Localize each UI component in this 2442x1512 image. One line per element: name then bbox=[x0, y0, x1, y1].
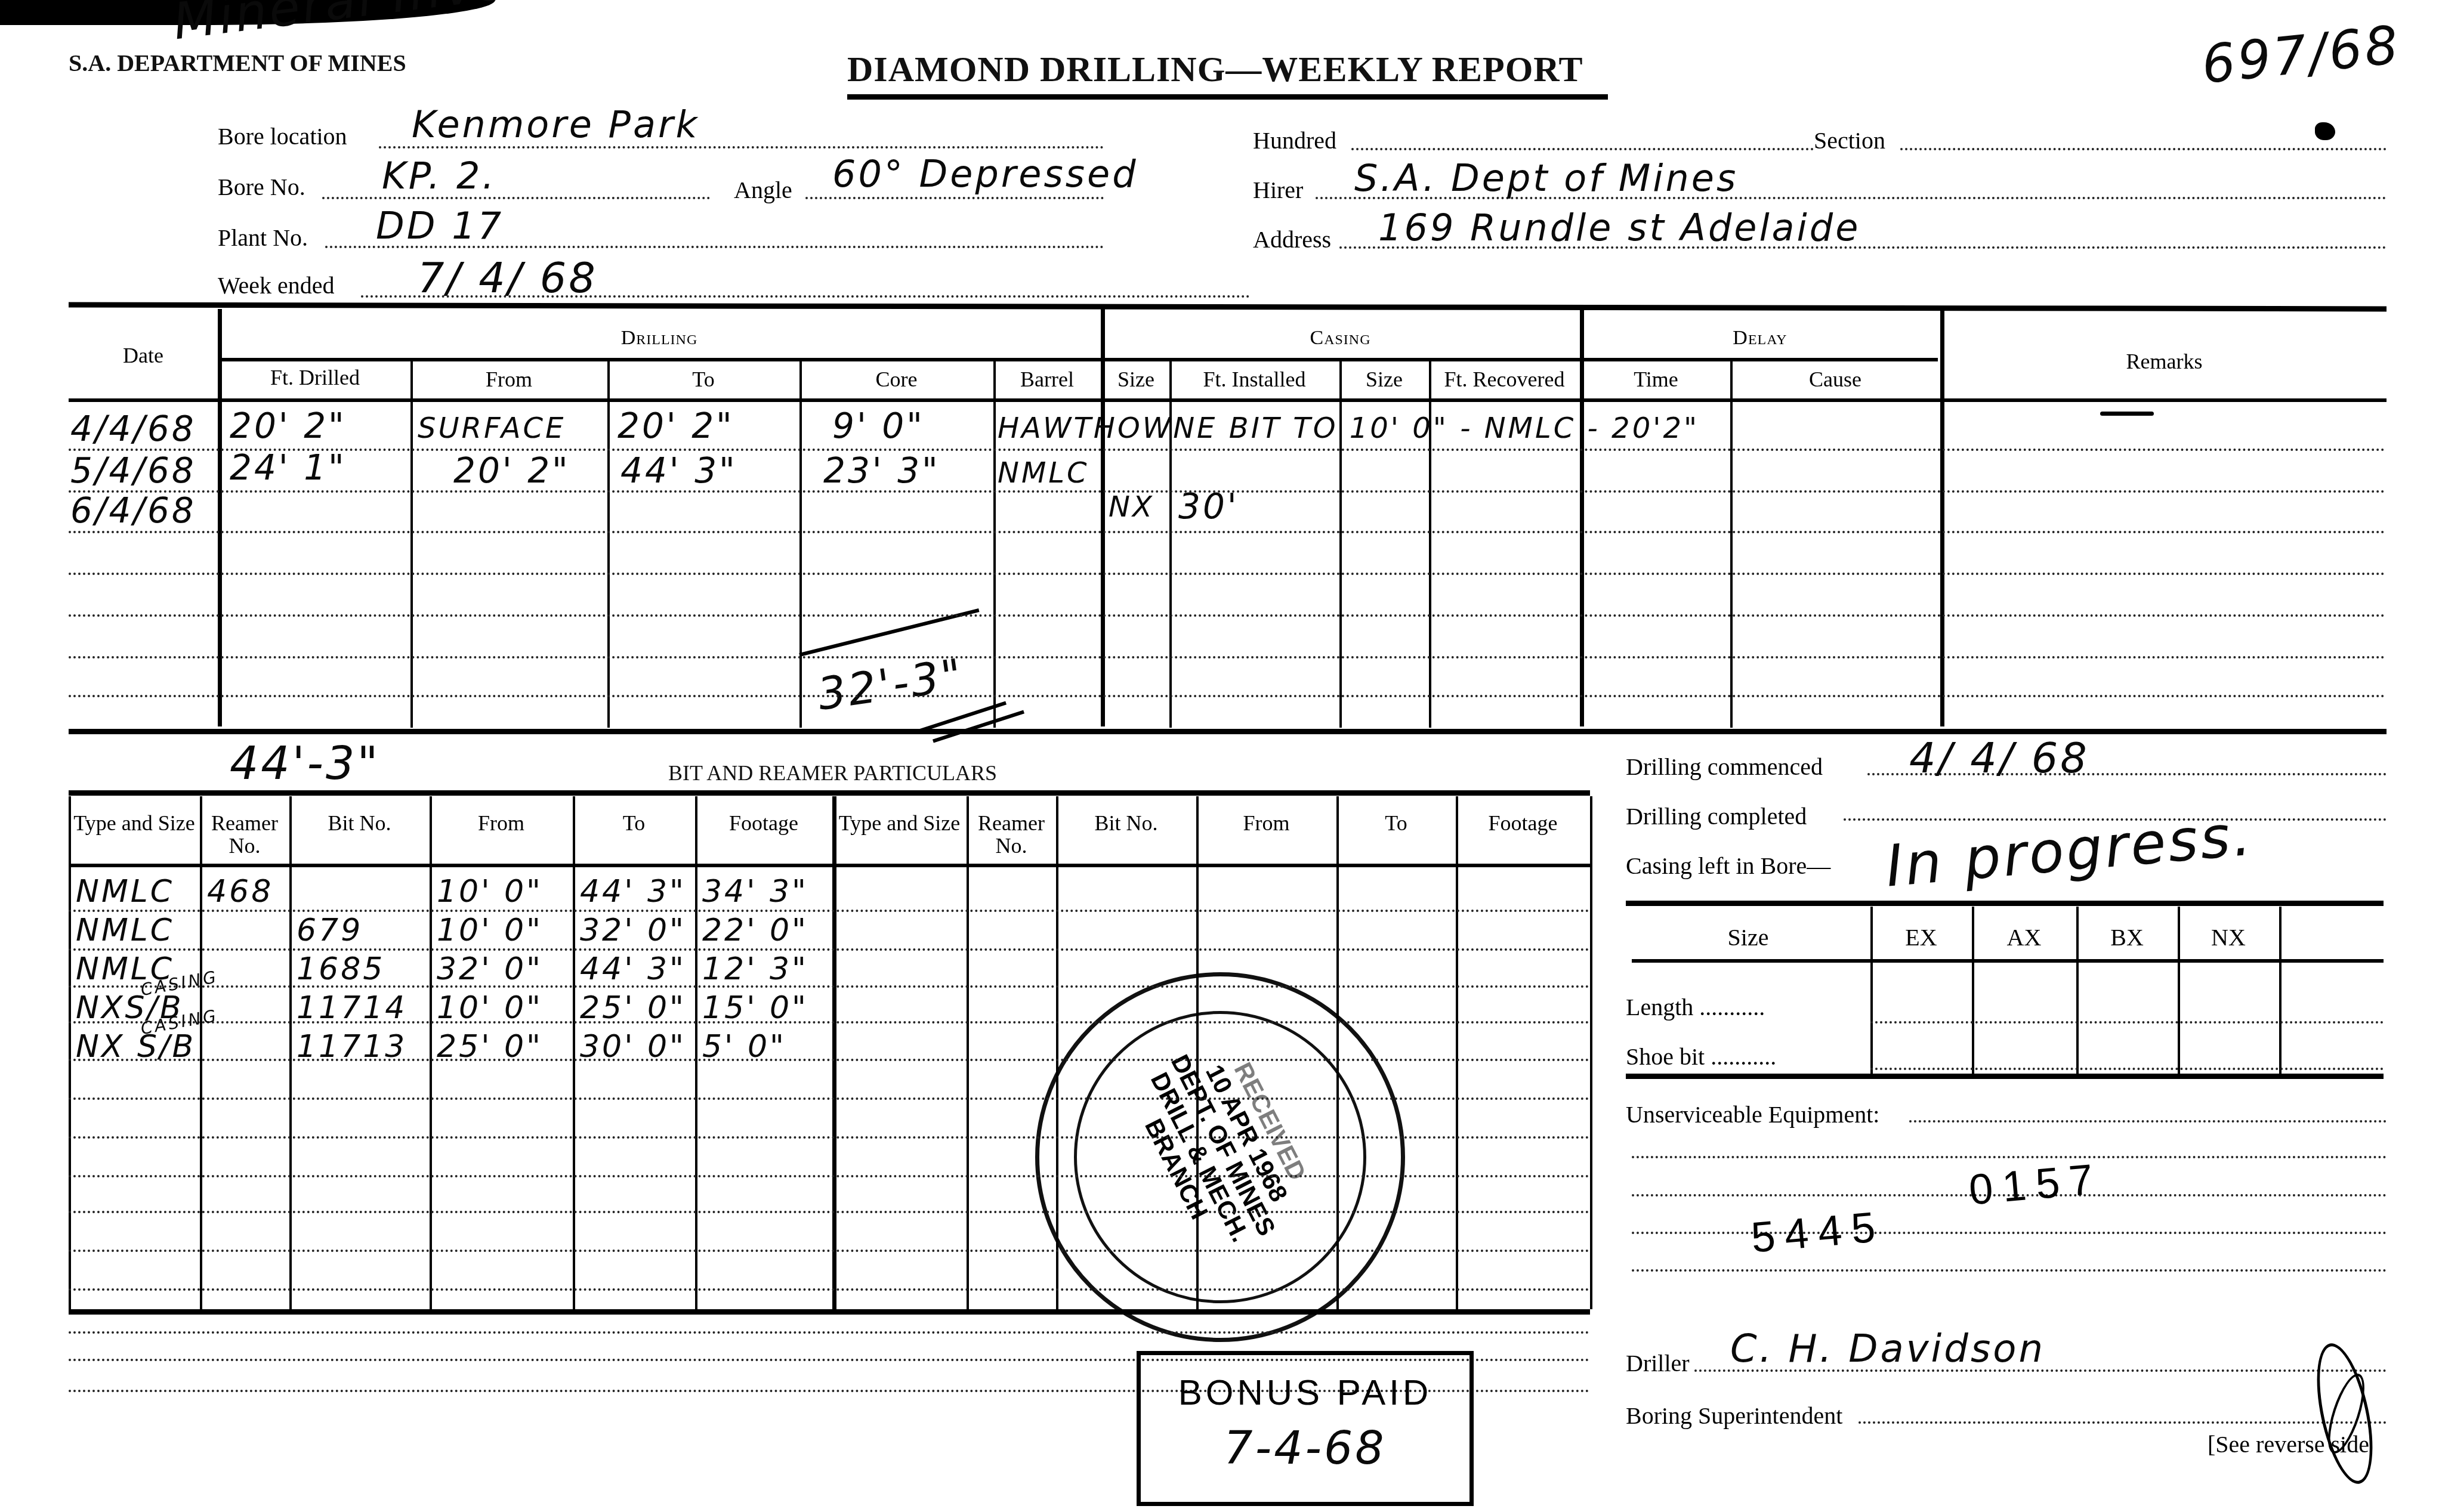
casing-size-ex: EX bbox=[1870, 923, 1972, 951]
bit-row-rule bbox=[69, 1097, 1590, 1100]
row-rule bbox=[69, 614, 2387, 617]
angle-line bbox=[805, 197, 1104, 199]
col-header-remarks: Remarks bbox=[1942, 349, 2387, 374]
bit-row-5-to[interactable]: 30' 0" bbox=[580, 1029, 686, 1065]
col-header-ft-drilled: Ft. Drilled bbox=[220, 365, 410, 390]
unserviceable-line bbox=[1909, 1120, 2387, 1123]
row-rule bbox=[69, 573, 2387, 575]
col-header-size: Size bbox=[1339, 367, 1429, 392]
casing-col-divider bbox=[2279, 907, 2282, 1074]
driller-signature[interactable]: C. H. Davidson bbox=[1730, 1327, 2045, 1371]
row1-barrel-note[interactable]: HAWTHOWNE BIT TO 10' 0" - NMLC - 20'2" bbox=[998, 412, 1699, 445]
row-rule bbox=[69, 531, 2387, 533]
bit-row-3-from[interactable]: 32' 0" bbox=[437, 951, 543, 987]
bit-col-header: Type and Size bbox=[832, 812, 967, 835]
bit-reamer-title: BIT AND REAMER PARTICULARS bbox=[668, 760, 997, 786]
address-label: Address bbox=[1253, 225, 1331, 253]
row2-from[interactable]: 20' 2" bbox=[453, 450, 570, 491]
bit-row-1-footage[interactable]: 34' 3" bbox=[702, 874, 808, 910]
bit-col-divider bbox=[69, 796, 71, 1309]
row3-casing-size[interactable]: NX bbox=[1109, 490, 1154, 524]
casing-left-label: Casing left in Bore— bbox=[1626, 852, 1830, 880]
plant-no-label: Plant No. bbox=[218, 224, 308, 252]
casing-row-rule bbox=[1870, 1068, 2384, 1070]
bit-col-divider bbox=[1590, 796, 1592, 1309]
col-divider bbox=[607, 358, 610, 728]
angle-value[interactable]: 60° Depressed bbox=[832, 152, 1138, 196]
bit-col-divider bbox=[832, 796, 835, 1309]
bit-row-5-type-size[interactable]: NX S/B bbox=[76, 1029, 196, 1065]
boring-superintendent-line bbox=[1858, 1421, 2387, 1424]
bore-location-label: Bore location bbox=[218, 122, 347, 150]
boring-superintendent-label: Boring Superintendent bbox=[1626, 1402, 1842, 1430]
bit-row-3-footage[interactable]: 12' 3" bbox=[702, 951, 808, 987]
see-reverse-note: [See reverse side bbox=[2208, 1430, 2369, 1458]
bit-col-divider bbox=[289, 796, 292, 1309]
bit-row-5-bit-no[interactable]: 11713 bbox=[297, 1029, 407, 1065]
casing-table-top-rule bbox=[1626, 901, 2384, 906]
casing-row-rule bbox=[1870, 1021, 2384, 1024]
unserviceable-line bbox=[1632, 1269, 2387, 1272]
row1-to[interactable]: 20' 2" bbox=[618, 406, 734, 446]
driller-label: Driller bbox=[1626, 1349, 1690, 1377]
group-header-drilling: Drilling bbox=[218, 327, 1101, 350]
bit-col-divider bbox=[1056, 796, 1058, 1309]
bonus-paid-stamp: BONUS PAID 7-4-68 bbox=[1137, 1351, 1474, 1506]
total-double-rule bbox=[933, 710, 1024, 743]
bit-col-header: Reamer No. bbox=[967, 812, 1056, 858]
bit-row-1-from[interactable]: 10' 0" bbox=[437, 874, 543, 910]
col-header-to: To bbox=[607, 367, 799, 392]
casing-header-rule bbox=[1632, 959, 2384, 963]
bit-col-divider bbox=[695, 796, 697, 1309]
bit-row-3-bit-no[interactable]: 1685 bbox=[297, 951, 385, 987]
row1-from[interactable]: SURFACE bbox=[418, 412, 566, 445]
bit-row-5-from[interactable]: 25' 0" bbox=[437, 1029, 543, 1065]
casing-size-ax: AX bbox=[1972, 923, 2076, 951]
row2-to[interactable]: 44' 3" bbox=[620, 450, 737, 491]
serial-number-1: 5445 bbox=[1749, 1202, 1887, 1262]
unserviceable-label: Unserviceable Equipment: bbox=[1626, 1100, 1879, 1128]
header-annotation: Mineral Investigations. bbox=[170, 0, 796, 51]
section-line bbox=[1900, 148, 2387, 150]
hirer-label: Hirer bbox=[1253, 176, 1303, 204]
bit-col-divider bbox=[200, 796, 202, 1309]
bit-table-top-rule bbox=[69, 790, 1590, 796]
casing-size-bx: BX bbox=[2076, 923, 2178, 951]
bore-location-line bbox=[379, 146, 1104, 149]
casing-size-nx: NX bbox=[2178, 923, 2279, 951]
bore-no-line bbox=[322, 197, 710, 199]
bit-row-rule bbox=[69, 1175, 1590, 1177]
bit-row-4-bit-no[interactable]: 11714 bbox=[297, 990, 407, 1026]
bit-col-divider bbox=[1456, 796, 1458, 1309]
row-rule bbox=[69, 490, 2387, 493]
bore-no-value[interactable]: KP. 2. bbox=[382, 154, 496, 197]
drilling-completed-label: Drilling completed bbox=[1626, 802, 1807, 830]
ink-blot bbox=[2315, 122, 2335, 140]
hundred-line bbox=[1351, 148, 1814, 150]
depth-total: 44'-3" bbox=[230, 737, 380, 790]
bit-row-3-to[interactable]: 44' 3" bbox=[580, 951, 686, 987]
bit-col-header: From bbox=[430, 812, 573, 835]
col-header-ft-installed: Ft. Installed bbox=[1169, 367, 1339, 392]
col-divider bbox=[410, 358, 413, 728]
bit-row-rule bbox=[69, 1250, 1590, 1252]
bit-row-rule bbox=[69, 948, 1590, 951]
bit-row-rule bbox=[69, 1211, 1590, 1213]
bit-row-4-from[interactable]: 10' 0" bbox=[437, 990, 543, 1026]
title-underline bbox=[847, 94, 1608, 100]
bore-no-label: Bore No. bbox=[218, 173, 305, 201]
bit-col-header: Type and Size bbox=[69, 812, 200, 835]
reference-number: 697/68 bbox=[2199, 14, 2404, 95]
col-header-from: From bbox=[410, 367, 607, 392]
row2-barrel[interactable]: NMLC bbox=[998, 456, 1089, 490]
department-name: S.A. DEPARTMENT OF MINES bbox=[69, 49, 406, 77]
bit-row-rule bbox=[69, 1288, 1590, 1291]
unserviceable-line bbox=[1632, 1232, 2387, 1234]
bit-col-header: Footage bbox=[1456, 812, 1590, 835]
col-header-barrel: Barrel bbox=[993, 367, 1101, 392]
section-label: Section bbox=[1814, 126, 1885, 154]
group-header-casing: Casing bbox=[1101, 327, 1580, 350]
subheader-rule bbox=[220, 358, 1938, 361]
bit-col-header: Bit No. bbox=[289, 812, 430, 835]
col-divider bbox=[993, 358, 996, 728]
row1-date[interactable]: 4/4/68 bbox=[70, 409, 196, 449]
row2-ft-drilled[interactable]: 24' 1" bbox=[230, 447, 347, 488]
bonus-paid-label: BONUS PAID bbox=[1141, 1372, 1469, 1413]
bit-row-5-footage[interactable]: 5' 0" bbox=[702, 1029, 786, 1065]
group-header-delay: Delay bbox=[1580, 327, 1940, 350]
week-ended-label: Week ended bbox=[218, 271, 335, 299]
unserviceable-line bbox=[1632, 1156, 2387, 1158]
bit-col-header: Reamer No. bbox=[200, 812, 289, 858]
col-header-ft-recovered: Ft. Recovered bbox=[1429, 367, 1580, 392]
row-rule bbox=[69, 449, 2387, 451]
casing-shoe-bit-label: Shoe bit ........... bbox=[1626, 1043, 1776, 1071]
col-divider bbox=[799, 358, 802, 728]
page-title: DIAMOND DRILLING—WEEKLY REPORT bbox=[847, 49, 1583, 90]
bit-col-divider bbox=[430, 796, 432, 1309]
col-divider bbox=[1730, 358, 1733, 728]
row-rule bbox=[69, 695, 2387, 697]
bit-row-2-to[interactable]: 32' 0" bbox=[580, 913, 686, 948]
row2-date[interactable]: 5/4/68 bbox=[70, 450, 196, 491]
row1-core[interactable]: 9' 0" bbox=[832, 406, 925, 446]
bit-row-1-type-size[interactable]: NMLC bbox=[76, 874, 174, 910]
col-header-casing-size: Size bbox=[1103, 367, 1169, 392]
address-value[interactable]: 169 Rundle st Adelaide bbox=[1378, 206, 1860, 249]
bit-row-1-to[interactable]: 44' 3" bbox=[580, 874, 686, 910]
bit-col-divider bbox=[1196, 796, 1199, 1309]
bit-row-2-bit-no[interactable]: 679 bbox=[297, 913, 363, 948]
bit-col-header: To bbox=[1336, 812, 1456, 835]
bit-row-1-reamer-no[interactable]: 468 bbox=[207, 874, 273, 910]
bonus-paid-date: 7-4-68 bbox=[1141, 1421, 1469, 1474]
bit-row-2-type-size[interactable]: NMLC bbox=[76, 913, 174, 948]
col-header-time: Time bbox=[1582, 367, 1730, 392]
hundred-label: Hundred bbox=[1253, 126, 1336, 154]
bit-header-rule bbox=[69, 864, 1590, 867]
casing-table-bottom-rule bbox=[1626, 1074, 2384, 1079]
bit-row-rule bbox=[69, 1136, 1590, 1139]
row1-remarks-dash bbox=[2100, 412, 2154, 416]
bit-col-header: From bbox=[1196, 812, 1336, 835]
row2-core[interactable]: 23' 3" bbox=[823, 450, 940, 491]
bit-row-4-to[interactable]: 25' 0" bbox=[580, 990, 686, 1026]
header-bottom-rule bbox=[69, 398, 2387, 402]
drilling-commenced-label: Drilling commenced bbox=[1626, 753, 1823, 781]
bit-row-4-footage[interactable]: 15' 0" bbox=[702, 990, 808, 1026]
hirer-value[interactable]: S.A. Dept of Mines bbox=[1354, 156, 1738, 200]
row-rule bbox=[69, 656, 2387, 658]
serial-number-2: 0157 bbox=[1967, 1154, 2104, 1214]
col-header-date: Date bbox=[69, 343, 218, 368]
bit-col-header: Footage bbox=[695, 812, 832, 835]
core-total: 32'-3" bbox=[814, 649, 967, 720]
bit-col-divider bbox=[1336, 796, 1339, 1309]
bit-row-2-from[interactable]: 10' 0" bbox=[437, 913, 543, 948]
bit-table-bottom-rule bbox=[69, 1309, 1590, 1315]
bit-col-divider bbox=[573, 796, 575, 1309]
drilling-commenced-value[interactable]: 4/ 4/ 68 bbox=[1909, 734, 2089, 783]
col-header-core: Core bbox=[799, 367, 993, 392]
blank-line bbox=[69, 1331, 1590, 1334]
bore-location-value[interactable]: Kenmore Park bbox=[412, 103, 699, 146]
bit-col-header: To bbox=[573, 812, 695, 835]
bit-col-divider bbox=[967, 796, 969, 1309]
bit-row-rule bbox=[69, 910, 1590, 912]
casing-length-label: Length ........... bbox=[1626, 993, 1765, 1021]
casing-left-value[interactable]: In progress. bbox=[1883, 801, 2255, 899]
bit-col-header: Bit No. bbox=[1056, 812, 1196, 835]
casing-size-header: Size bbox=[1626, 923, 1870, 951]
bit-row-2-footage[interactable]: 22' 0" bbox=[702, 913, 808, 948]
week-ended-value[interactable]: 7/ 4/ 68 bbox=[418, 253, 598, 302]
angle-label: Angle bbox=[734, 176, 792, 204]
table-top-rule bbox=[69, 302, 2387, 312]
row1-ft-drilled[interactable]: 20' 2" bbox=[230, 406, 347, 446]
row3-date[interactable]: 6/4/68 bbox=[70, 490, 196, 531]
plant-no-value[interactable]: DD 17 bbox=[376, 204, 504, 248]
col-header-cause: Cause bbox=[1730, 367, 1940, 392]
